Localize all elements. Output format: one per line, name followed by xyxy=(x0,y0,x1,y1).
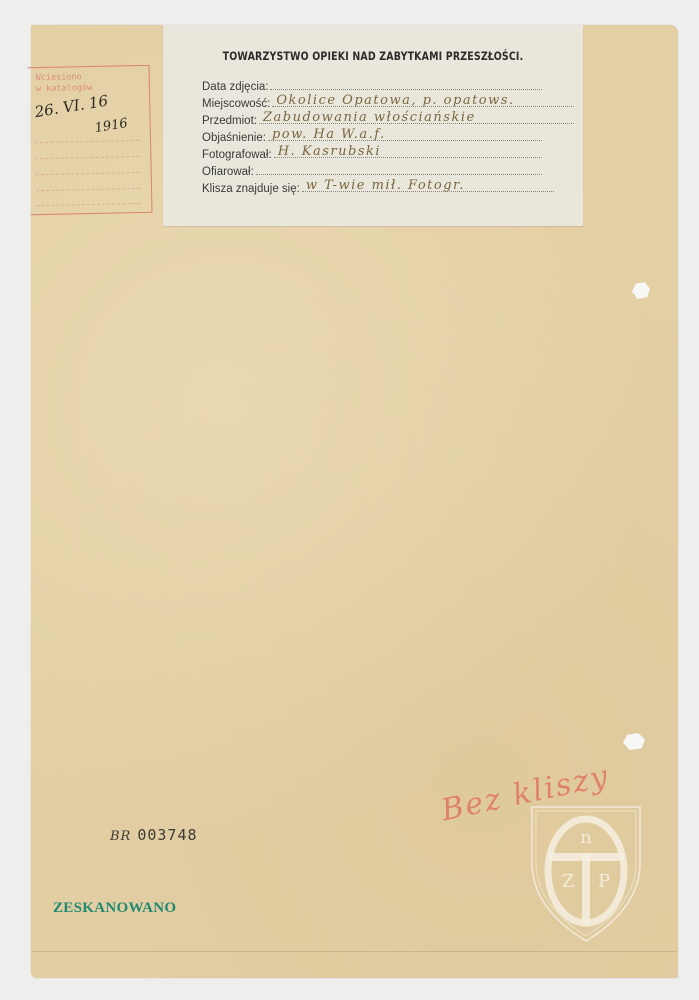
stamp-rule xyxy=(36,188,140,191)
field-negative-location: Klisza znajduje się: w T-wie mił. Fotogr… xyxy=(202,178,554,195)
field-photographer: Fotografował: H. Kasrubski xyxy=(202,144,542,161)
tonzp-shield-emblem-icon: n Z P xyxy=(528,803,644,943)
catalog-stamp: Wciesiono w katalogów 26. VI. 16 1916 xyxy=(27,65,152,216)
svg-text:P: P xyxy=(598,871,610,892)
field-value: H. Kasrubski xyxy=(278,144,381,159)
catalog-prefix: BR xyxy=(110,829,131,844)
field-subject: Przedmiot: Zabudowania włościańskie xyxy=(202,110,574,127)
stamp-rule xyxy=(36,203,140,206)
field-value: Zabudowania włościańskie xyxy=(263,110,476,125)
stamp-text: Wciesiono w katalogów xyxy=(36,72,93,95)
field-photo-date: Data zdjęcia: xyxy=(202,76,542,93)
stamp-rule xyxy=(35,140,139,143)
field-label: Przedmiot: xyxy=(202,115,257,127)
scanned-mark: ZESKANOWANO xyxy=(53,900,176,917)
fold-line xyxy=(32,951,677,952)
svg-text:n: n xyxy=(580,827,592,848)
field-label: Klisza znajduje się: xyxy=(202,183,300,195)
label-sheet: TOWARZYSTWO OPIEKI NAD ZABYTKAMI PRZESZŁ… xyxy=(163,25,583,226)
field-label: Data zdjęcia: xyxy=(202,81,268,93)
field-value: w T-wie mił. Fotogr. xyxy=(306,178,465,193)
stamp-year: 1916 xyxy=(94,116,129,136)
field-location: Miejscowość: Okolice Opatowa, p. opatows… xyxy=(202,93,574,110)
label-title: TOWARZYSTWO OPIEKI NAD ZABYTKAMI PRZESZŁ… xyxy=(201,49,545,63)
field-donor: Ofiarował: xyxy=(202,161,542,178)
field-label: Ofiarował: xyxy=(202,166,254,178)
stamp-date: 26. VI. 16 xyxy=(33,92,109,122)
stamp-rule xyxy=(36,172,140,175)
field-value: Okolice Opatowa, p. opatows. xyxy=(276,93,514,108)
field-label: Objaśnienie: xyxy=(202,132,266,144)
catalog-digits: 003748 xyxy=(137,826,197,844)
stamp-line-2: w katalogów xyxy=(36,83,93,95)
svg-text:Z: Z xyxy=(562,871,575,892)
field-value: pow. Ha W.a.f. xyxy=(272,127,386,142)
field-explanation: Objaśnienie: pow. Ha W.a.f. xyxy=(202,127,542,144)
catalog-number: BR003748 xyxy=(110,826,198,844)
stamp-rule xyxy=(35,156,139,159)
